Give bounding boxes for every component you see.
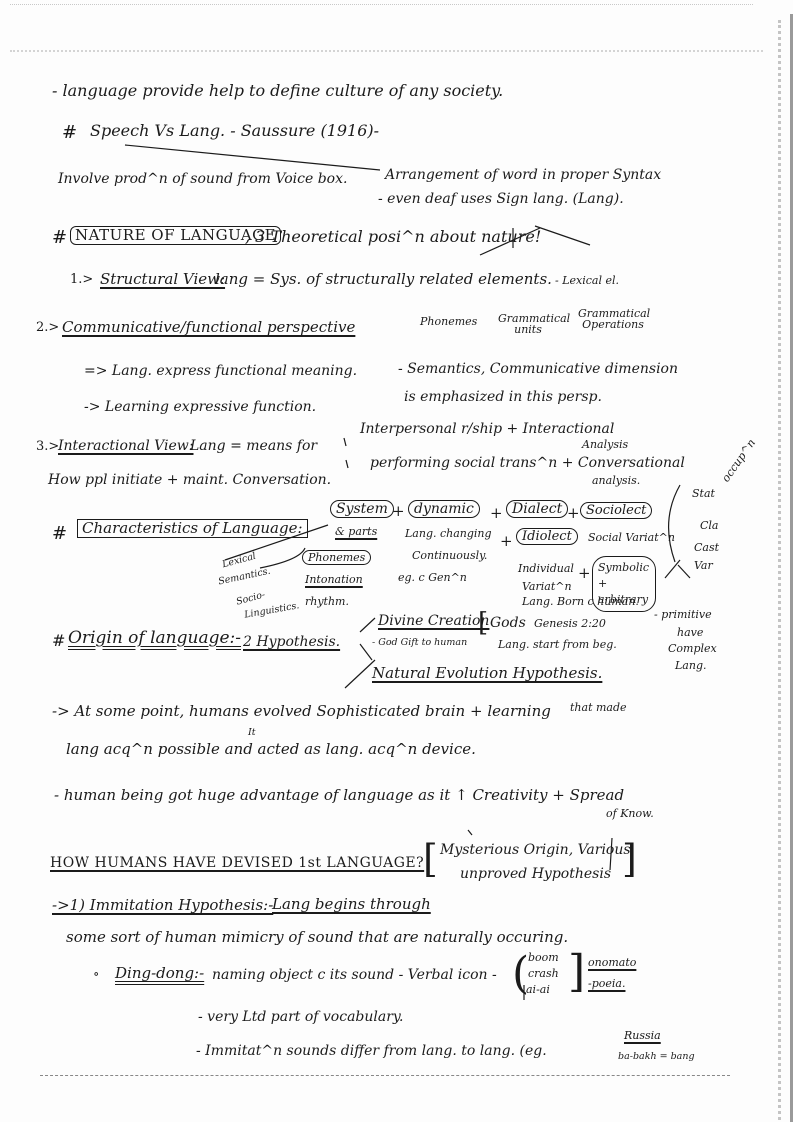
bracket-open: [ xyxy=(423,840,438,878)
scan-edge-top xyxy=(10,4,753,6)
view-2-point-2: -> Learning expressive function. xyxy=(84,400,316,414)
plus-sign: + xyxy=(567,506,580,521)
primitive-4: Lang. xyxy=(675,660,707,671)
bracket-close: ] xyxy=(622,840,637,878)
onomatopoeia-1: onomato xyxy=(588,957,636,968)
language-definition-line-1: Arrangement of word in proper Syntax xyxy=(385,168,661,182)
part-rhythm: rhythm. xyxy=(305,596,349,607)
plus-sign: + xyxy=(490,506,503,521)
view-3-line-2: How ppl initiate + maint. Conversation. xyxy=(48,473,331,487)
devised-bracket-line-2: unproved Hypothesis xyxy=(460,867,611,881)
note-lexical: Lexical xyxy=(221,552,257,570)
gods-label: Gods xyxy=(490,616,526,630)
trait-sociolect: Sociolect xyxy=(580,502,652,519)
origin-heading: Origin of language:- xyxy=(68,630,241,647)
branch-grammatical-units: Grammatical units xyxy=(498,313,558,335)
symbolic-label: Symbolic + xyxy=(598,561,649,590)
view-3-number: 3.> xyxy=(36,440,59,453)
note-linguistics: Linguistics. xyxy=(244,601,300,620)
example-ai-ai: ai-ai xyxy=(526,984,550,995)
primitive-1: - primitive xyxy=(654,609,712,620)
characteristics-hash: # xyxy=(52,525,67,543)
ding-dong-text: naming object c its sound - Verbal icon … xyxy=(212,968,497,982)
side-note-class: Cla xyxy=(700,520,719,531)
side-note-variation: Var xyxy=(694,560,713,571)
bracket-close: ] xyxy=(568,950,585,994)
speech-heading-hash: # xyxy=(62,124,77,142)
genesis-reference: Genesis 2:20 xyxy=(534,618,606,629)
view-2-note-line-2: is emphasized in this persp. xyxy=(404,390,602,404)
view-3-title: Interactional View: xyxy=(58,439,194,453)
natural-evolution-hypothesis: Natural Evolution Hypothesis. xyxy=(372,666,602,681)
sociolect-sub: Social Variat^n xyxy=(588,532,675,543)
branch-grammatical-operations: Grammatical Operations xyxy=(578,308,648,330)
side-note-status: Stat xyxy=(692,488,715,499)
side-note-occupation: occup^n xyxy=(720,437,757,484)
imitation-text-1: Lang begins through xyxy=(272,897,431,912)
example-boom: boom xyxy=(528,952,559,963)
trait-system-sub: & parts xyxy=(335,526,377,537)
bullet: ∘ xyxy=(93,968,99,981)
idiolect-sub-2: Variat^n xyxy=(522,581,572,592)
view-3-text: Lang = means for xyxy=(190,439,317,453)
dynamic-sub-2: Continuously. xyxy=(412,550,487,561)
evolution-line-1: -> At some point, humans evolved Sophist… xyxy=(52,704,551,719)
primitive-2: have xyxy=(677,627,703,638)
nature-heading-hash: # xyxy=(52,229,67,247)
imitation-title: ->1) Immitation Hypothesis:- xyxy=(52,898,273,913)
characteristics-heading: Characteristics of Language: xyxy=(77,519,308,538)
side-note-caste: Cast xyxy=(694,542,719,553)
dynamic-sub-3: eg. c Gen^n xyxy=(398,572,467,583)
devised-bracket-line-1: Mysterious Origin, Various xyxy=(440,843,631,857)
dynamic-sub-1: Lang. changing xyxy=(405,528,492,539)
onomatopoeia-2: -poeia. xyxy=(588,978,625,989)
russia-label: Russia xyxy=(624,1030,661,1041)
speech-definition: Involve prod^n of sound from Voice box. xyxy=(58,172,347,186)
divine-sub: - God Gift to human xyxy=(372,638,467,648)
primitive-3: Complex xyxy=(668,643,717,654)
scan-noise-line xyxy=(10,50,763,54)
imitation-sub-1: - very Ltd part of vocabulary. xyxy=(198,1010,403,1024)
view-2-note-line-1: - Semantics, Communicative dimension xyxy=(398,362,678,376)
idiolect-sub-1: Individual xyxy=(518,563,574,574)
view-3-branch-1: Interpersonal r/ship + Interactional xyxy=(360,422,614,436)
example-crash: crash xyxy=(528,968,559,979)
speech-heading: Speech Vs Lang. - Saussure (1916)- xyxy=(90,123,379,139)
view-1-aside: - Lexical el. xyxy=(555,275,619,286)
language-definition-line-2: - even deaf uses Sign lang. (Lang). xyxy=(378,192,624,206)
nature-subtitle: , 3 Theoretical posi^n about nature! xyxy=(245,229,541,245)
trait-dynamic: dynamic xyxy=(408,500,480,518)
origin-hash: # xyxy=(52,633,65,649)
ding-dong-label: Ding-dong:- xyxy=(115,966,204,981)
evolution-line-3: - human being got huge advantage of lang… xyxy=(54,788,624,803)
plus-sign: + xyxy=(578,566,591,581)
evolution-insert: It xyxy=(248,728,256,738)
plus-sign: + xyxy=(500,534,513,549)
devised-heading: HOW HUMANS HAVE DEVISED 1st LANGUAGE? xyxy=(50,856,424,870)
divine-creation: Divine Creation xyxy=(378,614,489,628)
view-3-branch-2-sub: analysis. xyxy=(592,475,640,486)
lang-born-with-human: Lang. Born c human. xyxy=(522,596,639,607)
trait-dialect: Dialect xyxy=(506,500,568,518)
view-1-number: 1.> xyxy=(70,273,93,286)
notes-page: - language provide help to define cultur… xyxy=(0,0,793,1122)
culture-note: - language provide help to define cultur… xyxy=(52,83,503,99)
origin-hypothesis-count: 2 Hypothesis. xyxy=(243,635,340,649)
view-1-text: lang = Sys. of structurally related elem… xyxy=(215,272,552,287)
branch-phonemes: Phonemes xyxy=(420,316,477,327)
russia-example: ba-bakh = bang xyxy=(618,1052,695,1062)
bracket-open: [ xyxy=(478,610,488,636)
part-phonemes: Phonemes xyxy=(302,550,371,565)
part-intonation: Intonation xyxy=(305,574,363,585)
plus-sign: + xyxy=(392,504,405,519)
view-3-branch-2: performing social trans^n + Conversation… xyxy=(370,456,685,470)
view-2-number: 2.> xyxy=(36,321,59,334)
evolution-line-1-tail: that made xyxy=(570,702,627,713)
evolution-line-3-tail: of Know. xyxy=(606,808,654,819)
trait-idiolect: Idiolect xyxy=(516,528,578,545)
view-2-title: Communicative/functional perspective xyxy=(62,320,355,335)
evolution-line-2: lang acq^n possible and acted as lang. a… xyxy=(66,742,476,757)
note-socio: Socio- xyxy=(235,590,266,607)
view-1-title: Structural View: xyxy=(100,272,225,287)
lang-start-from-beginning: Lang. start from beg. xyxy=(498,639,617,650)
imitation-text-2: some sort of human mimicry of sound that… xyxy=(66,930,568,945)
imitation-sub-2: - Immitat^n sounds differ from lang. to … xyxy=(196,1044,547,1058)
view-2-point-1: => Lang. express functional meaning. xyxy=(84,364,357,378)
trait-system: System xyxy=(330,500,394,518)
view-3-branch-1-sub: Analysis xyxy=(582,439,628,450)
scan-edge-right xyxy=(778,20,785,1120)
page-bottom-rule xyxy=(40,1075,730,1076)
